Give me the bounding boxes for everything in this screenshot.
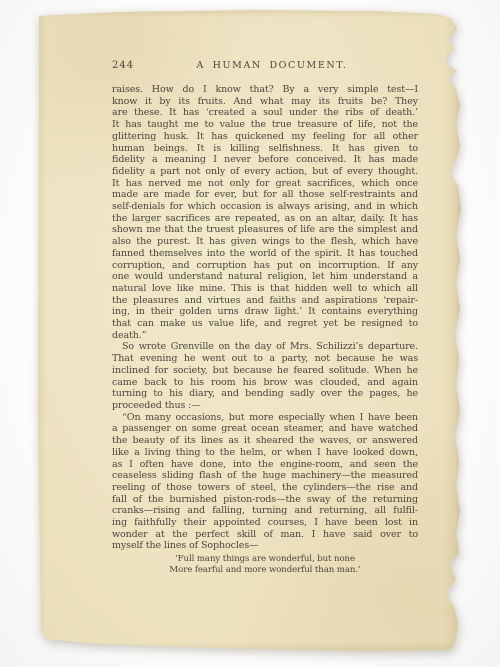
text-line: death.” bbox=[112, 330, 418, 342]
text-line: also the purest. It has given wings to t… bbox=[112, 236, 418, 248]
text-line: cranks—rising and falling, turning and r… bbox=[112, 505, 418, 517]
scan-backdrop: 244 A HUMAN DOCUMENT. raises. How do I k… bbox=[0, 0, 500, 667]
page-number: 244 bbox=[112, 60, 134, 71]
verse-line: More fearful and more wonderful than man… bbox=[112, 565, 418, 576]
page-body: raises. How do I know that? By a very si… bbox=[112, 84, 418, 552]
text-line: human beings. It is killing selfishness.… bbox=[112, 143, 418, 155]
text-line: that can make us value life, and regret … bbox=[112, 318, 418, 330]
text-line: one would understand natural religion, l… bbox=[112, 271, 418, 283]
text-line: reeling of those towers of steel, the cy… bbox=[112, 482, 418, 494]
text-line: ing, in their golden urns draw light.’ I… bbox=[112, 306, 418, 318]
text-line: proceeded thus :— bbox=[112, 400, 418, 412]
text-line: myself the lines of Sophocles— bbox=[112, 540, 418, 552]
text-line: So wrote Grenville on the day of Mrs. Sc… bbox=[112, 341, 418, 353]
scanned-page: 244 A HUMAN DOCUMENT. raises. How do I k… bbox=[37, 9, 461, 653]
text-line: the larger sacrifices are repeated, as o… bbox=[112, 213, 418, 225]
verse-line: ‘Full many things are wonderful, but non… bbox=[112, 554, 418, 565]
text-line: came back to his room his brow was cloud… bbox=[112, 377, 418, 389]
text-line: a passenger on some great ocean steamer,… bbox=[112, 423, 418, 435]
text-line: shown me that the truest pleasures of li… bbox=[112, 224, 418, 236]
text-line: ing faithfully their appointed courses, … bbox=[112, 517, 418, 529]
book-page: 244 A HUMAN DOCUMENT. raises. How do I k… bbox=[37, 9, 461, 653]
text-line: as I often have done, into the engine-ro… bbox=[112, 459, 418, 471]
text-line: “On many occasions, but more especially … bbox=[112, 412, 418, 424]
running-head: A HUMAN DOCUMENT. bbox=[112, 60, 418, 71]
text-line: corruption, and corruption has put on in… bbox=[112, 260, 418, 272]
text-line: fidelity a meaning I never before concei… bbox=[112, 154, 418, 166]
text-line: It has taught me to value the true treas… bbox=[112, 119, 418, 131]
text-line: like a living thing to the helm, or when… bbox=[112, 447, 418, 459]
text-line: glittering husk. It has quickened my fee… bbox=[112, 131, 418, 143]
text-line: wonder at the perfect skill of man. I ha… bbox=[112, 529, 418, 541]
text-line: natural love like mine. This is that hid… bbox=[112, 283, 418, 295]
text-line: the pleasures and virtues and faiths and… bbox=[112, 295, 418, 307]
verse-quote: ‘Full many things are wonderful, but non… bbox=[112, 554, 418, 576]
text-line: It has nerved me not only for great sacr… bbox=[112, 178, 418, 190]
text-line: fidelity a part not only of every action… bbox=[112, 166, 418, 178]
text-line: ceaseless sliding flash of the huge mach… bbox=[112, 470, 418, 482]
text-line: know it by its fruits. And what may its … bbox=[112, 96, 418, 108]
text-line: That evening he went out to a party, not… bbox=[112, 353, 418, 365]
text-line: made are made for ever, but for all thos… bbox=[112, 189, 418, 201]
text-line: self-denials for which occasion is alway… bbox=[112, 201, 418, 213]
text-line: are these. It has ‘created a soul under … bbox=[112, 107, 418, 119]
page-header: 244 A HUMAN DOCUMENT. bbox=[112, 60, 418, 74]
text-line: inclined for society, but because he fea… bbox=[112, 365, 418, 377]
text-line: fanned themselves into the world of the … bbox=[112, 248, 418, 260]
text-line: turning to his diary, and bending sadly … bbox=[112, 388, 418, 400]
text-line: the beauty of its lines as it sheared th… bbox=[112, 435, 418, 447]
text-line: raises. How do I know that? By a very si… bbox=[112, 84, 418, 96]
text-line: fall of the burnished piston-rods—the sw… bbox=[112, 494, 418, 506]
